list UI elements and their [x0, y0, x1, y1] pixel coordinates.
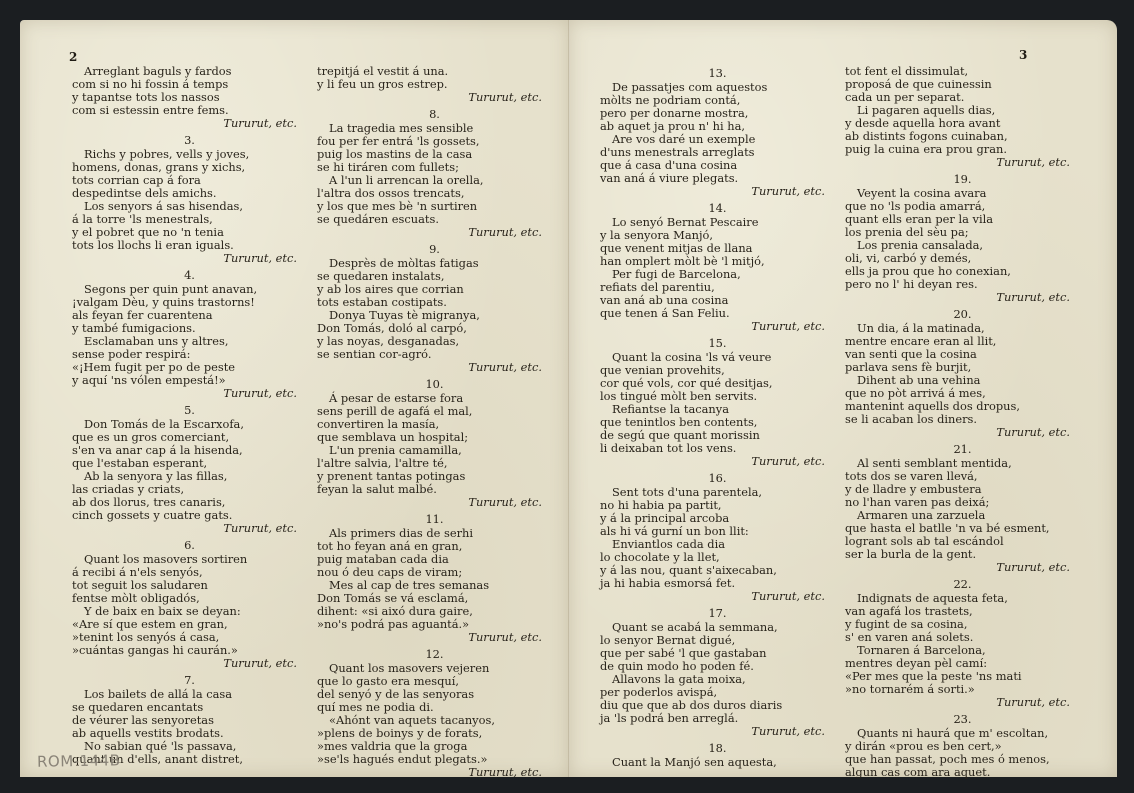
refrain: Tururut, etc.: [845, 426, 1080, 439]
stanza: 15.Quant la cosina 'ls vá veureque venia…: [600, 336, 835, 468]
stanza-number: 20.: [845, 307, 1080, 322]
refrain: Tururut, etc.: [72, 657, 307, 670]
column-page3-right: tot fent el dissimulat,proposá de que cu…: [845, 65, 1080, 779]
stanza-number: 15.: [600, 336, 835, 351]
stanza: 20.Un dia, á la matinada,mentre encare e…: [845, 307, 1080, 439]
stanza-number: 6.: [72, 538, 307, 553]
stanza: 12.Quant los masovers vejerenque lo gast…: [317, 647, 552, 779]
stanza-number: 11.: [317, 512, 552, 527]
stanza: tot fent el dissimulat,proposá de que cu…: [845, 65, 1080, 169]
stanza: 11.Als primers dias de serhitot ho feyan…: [317, 512, 552, 644]
refrain: Tururut, etc.: [72, 117, 307, 130]
stanza: 3.Richs y pobres, vells y joves,homens, …: [72, 133, 307, 265]
stanza-number: 3.: [72, 133, 307, 148]
verse-line: Cuant la Manjó sen aquesta,: [600, 756, 835, 769]
stanza-number: 19.: [845, 172, 1080, 187]
stanza-number: 7.: [72, 673, 307, 688]
stanza-number: 14.: [600, 201, 835, 216]
refrain: Tururut, etc.: [317, 496, 552, 509]
page-number-left: 2: [69, 50, 77, 64]
stanza: 16.Sent tots d'una parentela,no hi habia…: [600, 471, 835, 603]
refrain: Tururut, etc.: [317, 91, 552, 104]
refrain: Tururut, etc.: [845, 156, 1080, 169]
refrain: Tururut, etc.: [317, 361, 552, 374]
stanza: 18.Cuant la Manjó sen aquesta,: [600, 741, 835, 769]
stanza: Arreglant baguls y fardoscom si no hi fo…: [72, 65, 307, 130]
refrain: Tururut, etc.: [72, 522, 307, 535]
refrain: Tururut, etc.: [845, 561, 1080, 574]
stanza-number: 23.: [845, 712, 1080, 727]
stanza: 5.Don Tomás de la Escarxofa,que es un gr…: [72, 403, 307, 535]
column-page2-right: trepitjá el vestit á una.y li feu un gro…: [317, 65, 552, 782]
stanza-number: 12.: [317, 647, 552, 662]
stanza: 13.De passatjes com aquestosmòlts ne pod…: [600, 66, 835, 198]
stanza: 22.Indignats de aquesta feta,van agafá l…: [845, 577, 1080, 709]
stanza: 6.Quant los masovers sortirená recibi á …: [72, 538, 307, 670]
stanza: 8.La tragedia mes sensiblefou per fer en…: [317, 107, 552, 239]
stanza-number: 9.: [317, 242, 552, 257]
refrain: Tururut, etc.: [600, 590, 835, 603]
stanza-number: 13.: [600, 66, 835, 81]
refrain: Tururut, etc.: [317, 631, 552, 644]
refrain: Tururut, etc.: [845, 291, 1080, 304]
refrain: Tururut, etc.: [72, 387, 307, 400]
stanza: 17.Quant se acabá la semmana,lo senyor B…: [600, 606, 835, 738]
stanza-number: 22.: [845, 577, 1080, 592]
stanza-number: 4.: [72, 268, 307, 283]
verse-line: algun cas com ara aquet.: [845, 766, 1080, 779]
stanza: 21.Al senti semblant mentida,tots dos se…: [845, 442, 1080, 574]
page-number-right: 3: [1019, 48, 1027, 62]
refrain: Tururut, etc.: [317, 766, 552, 779]
stanza: 4.Segons per quin punt anavan,¡valgam Dè…: [72, 268, 307, 400]
archive-annotation: ROM-144B: [37, 751, 121, 770]
stanza: 10.Á pesar de estarse forasens perill de…: [317, 377, 552, 509]
refrain: Tururut, etc.: [600, 185, 835, 198]
stanza-number: 18.: [600, 741, 835, 756]
column-page2-left: Arreglant baguls y fardoscom si no hi fo…: [72, 65, 307, 766]
column-page3-left: 13.De passatjes com aquestosmòlts ne pod…: [600, 66, 835, 769]
stanza: 9.Desprès de mòltas fatigasse quedaren i…: [317, 242, 552, 374]
refrain: Tururut, etc.: [72, 252, 307, 265]
stanza: 23.Quants ni haurá que m' escoltan,y dir…: [845, 712, 1080, 779]
stanza: 14.Lo senyó Bernat Pescairey la senyora …: [600, 201, 835, 333]
refrain: Tururut, etc.: [317, 226, 552, 239]
stanza-number: 8.: [317, 107, 552, 122]
stanza: 19.Veyent la cosina avaraque no 'ls podi…: [845, 172, 1080, 304]
stanza: trepitjá el vestit á una.y li feu un gro…: [317, 65, 552, 104]
stanza-number: 17.: [600, 606, 835, 621]
refrain: Tururut, etc.: [845, 696, 1080, 709]
stanza-number: 5.: [72, 403, 307, 418]
center-fold: [568, 20, 570, 777]
stanza-number: 16.: [600, 471, 835, 486]
refrain: Tururut, etc.: [600, 320, 835, 333]
refrain: Tururut, etc.: [600, 455, 835, 468]
stanza-number: 21.: [845, 442, 1080, 457]
refrain: Tururut, etc.: [600, 725, 835, 738]
stanza-number: 10.: [317, 377, 552, 392]
